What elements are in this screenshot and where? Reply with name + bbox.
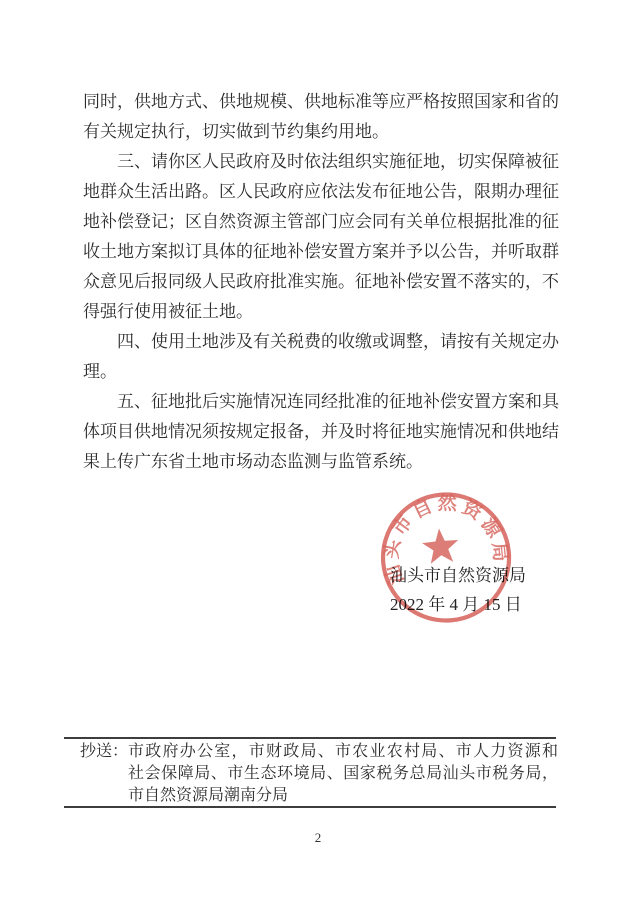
letter-body: 同时，供地方式、供地规模、供地标准等应严格按照国家和省的 有关规定执行，切实做到… bbox=[83, 87, 559, 477]
body-text-line: 同时，供地方式、供地规模、供地标准等应严格按照国家和省的 bbox=[83, 87, 559, 117]
signature-block: 汕头市自然资源局 2022 年 4 月 15 日 bbox=[390, 561, 550, 611]
cc-line: 市自然资源局潮南分局 bbox=[128, 785, 558, 807]
body-text-line: 理。 bbox=[83, 357, 559, 387]
page-number: 2 bbox=[0, 830, 636, 846]
body-text-line: 果上传广东省土地市场动态监测与监管系统。 bbox=[83, 447, 559, 477]
cc-section: 抄送： 市政府办公室，市财政局、市农业农村局、市人力资源和 社会保障局、市生态环… bbox=[80, 741, 558, 807]
signature-date: 2022 年 4 月 15 日 bbox=[390, 590, 550, 611]
body-text-line: 地群众生活出路。区人民政府应依法发布征地公告，限期办理征 bbox=[83, 177, 559, 207]
body-text-line: 众意见后报同级人民政府批准实施。征地补偿安置不落实的，不 bbox=[83, 267, 559, 297]
cc-recipients: 市政府办公室，市财政局、市农业农村局、市人力资源和 社会保障局、市生态环境局、国… bbox=[128, 741, 558, 807]
cc-label: 抄送： bbox=[80, 741, 128, 763]
body-text-line: 体项目供地情况须按规定报备，并及时将征地实施情况和供地结 bbox=[83, 417, 559, 447]
footer-divider-top bbox=[64, 737, 556, 739]
document-page: 同时，供地方式、供地规模、供地标准等应严格按照国家和省的 有关规定执行，切实做到… bbox=[0, 0, 636, 900]
signature-agency: 汕头市自然资源局 bbox=[390, 561, 550, 582]
seal-star-icon bbox=[421, 527, 460, 564]
cc-line: 市政府办公室，市财政局、市农业农村局、市人力资源和 bbox=[128, 741, 558, 763]
body-text-line: 三、请你区人民政府及时依法组织实施征地，切实保障被征 bbox=[83, 147, 559, 177]
body-text-line: 四、使用土地涉及有关税费的收缴或调整，请按有关规定办 bbox=[83, 327, 559, 357]
cc-line: 社会保障局、市生态环境局、国家税务总局汕头市税务局， bbox=[128, 763, 558, 785]
body-text-line: 地补偿登记；区自然资源主管部门应会同有关单位根据批准的征 bbox=[83, 207, 559, 237]
body-text-line: 得强行使用被征土地。 bbox=[83, 297, 559, 327]
body-text-line: 收土地方案拟订具体的征地补偿安置方案并予以公告，并听取群 bbox=[83, 237, 559, 267]
body-text-line: 有关规定执行，切实做到节约集约用地。 bbox=[83, 117, 559, 147]
body-text-line: 五、征地批后实施情况连同经批准的征地补偿安置方案和具 bbox=[83, 387, 559, 417]
